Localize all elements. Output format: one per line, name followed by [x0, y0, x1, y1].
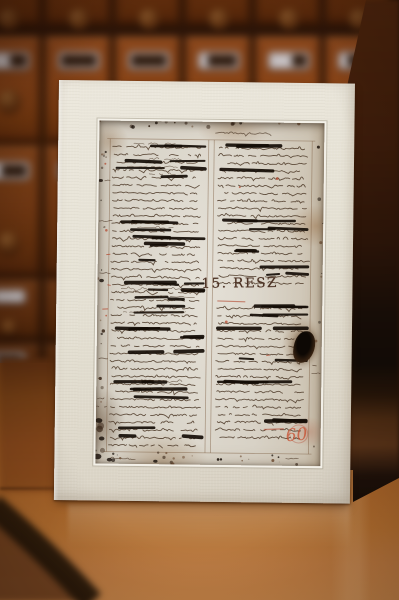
mat-board: 15. RESZ 60 [54, 80, 355, 504]
mat-window-opening: 15. RESZ 60 [93, 118, 326, 468]
photograph-of-manuscript-display: 15. RESZ 60 [0, 0, 399, 600]
mat-reflection-on-table [68, 504, 350, 548]
manuscript-page: 15. RESZ 60 [95, 120, 324, 466]
folio-number: 60 [285, 424, 317, 447]
chapter-heading: 15. RESZ [201, 275, 291, 296]
